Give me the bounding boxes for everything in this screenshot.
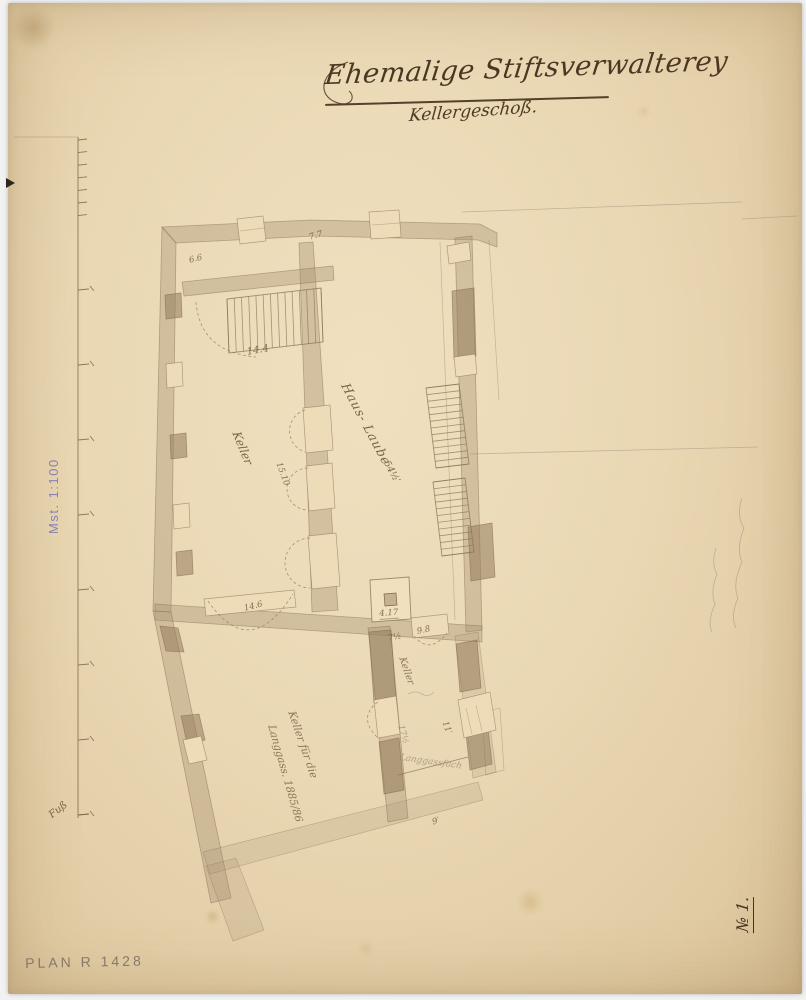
archive-number: PLAN R 1428 — [25, 953, 144, 971]
scanned-plan-page: { "document": { "title": "Ehemalige Stif… — [0, 0, 806, 1000]
sheet-number: № 1. — [733, 896, 754, 934]
faint-pencil-scribble — [408, 692, 434, 696]
lower-block-walls — [153, 611, 504, 941]
dim-shaft: 4.17 — [379, 608, 399, 620]
scale-stamp: Mst. 1:100 — [46, 458, 61, 534]
faint-pencil-note — [733, 498, 744, 628]
plan-drawing — [0, 0, 806, 1000]
faint-pencil-note — [710, 548, 717, 632]
